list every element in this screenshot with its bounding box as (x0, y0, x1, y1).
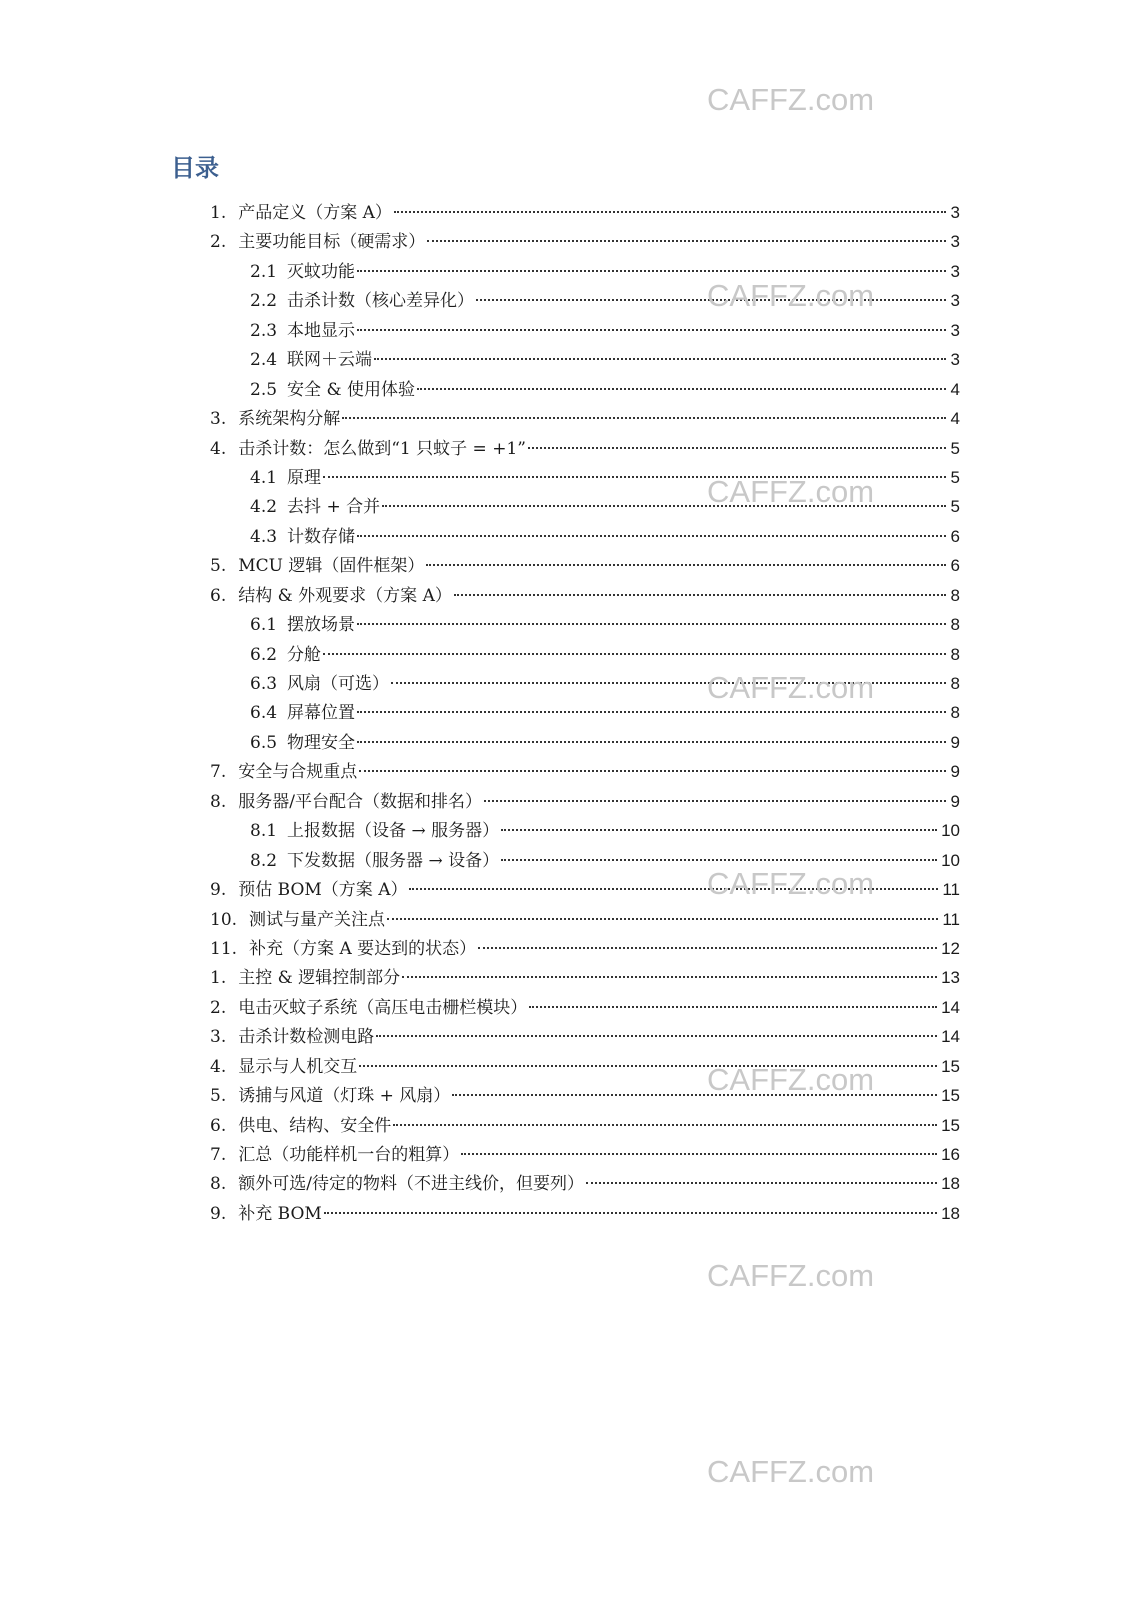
toc-entry-label[interactable]: 主控 & 逻辑控制部分 (238, 964, 400, 993)
toc-entry[interactable]: 2.1灭蚊功能3 (210, 257, 960, 286)
toc-entry[interactable]: 6.5物理安全9 (210, 728, 960, 757)
toc-entry[interactable]: 6.2分舱8 (210, 640, 960, 669)
toc-entry-number: 2.2 (250, 287, 277, 316)
toc-entry-label[interactable]: 灭蚊功能 (287, 258, 355, 287)
dot-leader (426, 564, 946, 566)
toc-entry-number: 8.2 (250, 847, 277, 876)
toc-entry-number: 2.5 (250, 376, 277, 405)
toc-entry[interactable]: 1.主控 & 逻辑控制部分13 (210, 963, 960, 992)
toc-entry-label[interactable]: 分舱 (287, 641, 321, 670)
toc-entry[interactable]: 4.2去抖 + 合并5 (210, 492, 960, 521)
toc-entry-page-number[interactable]: 15 (941, 1052, 960, 1081)
dot-leader (501, 829, 937, 831)
toc-entry-page-number[interactable]: 8 (950, 669, 960, 698)
toc-entry-label[interactable]: 本地显示 (287, 317, 355, 346)
toc-entry-label[interactable]: 主要功能目标（硬需求） (238, 228, 425, 257)
toc-entry[interactable]: 7.安全与合规重点9 (210, 757, 960, 786)
toc-entry-label[interactable]: 击杀计数（核心差异化） (287, 287, 474, 316)
toc-entry[interactable]: 2.主要功能目标（硬需求）3 (210, 227, 960, 256)
toc-entry[interactable]: 8.2下发数据（服务器 → 设备）10 (210, 846, 960, 875)
dot-leader (359, 770, 946, 772)
dot-leader (409, 888, 938, 890)
toc-entry[interactable]: 6.供电、结构、安全件15 (210, 1111, 960, 1140)
toc-entry-label[interactable]: 电击灭蚊子系统（高压电击栅栏模块） (238, 994, 527, 1023)
toc-entry[interactable]: 4.击杀计数：怎么做到“1 只蚊子 = +1”5 (210, 434, 960, 463)
toc-entry-number: 2. (210, 994, 226, 1023)
watermark: CAFFZ.com (707, 1454, 874, 1490)
dot-leader (342, 417, 946, 419)
toc-entry-number: 8.1 (250, 817, 277, 846)
toc-entry-label[interactable]: 去抖 + 合并 (287, 493, 380, 522)
toc-entry-page-number[interactable]: 10 (941, 816, 960, 845)
dot-leader (586, 1182, 937, 1184)
dot-leader (357, 623, 946, 625)
toc-entry-page-number[interactable]: 3 (950, 257, 960, 286)
dot-leader (427, 240, 946, 242)
toc-entry-page-number[interactable]: 10 (941, 846, 960, 875)
toc-entry-label[interactable]: 安全 & 使用体验 (287, 376, 415, 405)
watermark: CAFFZ.com (707, 1258, 874, 1294)
dot-leader (391, 682, 946, 684)
toc-entry[interactable]: 2.2击杀计数（核心差异化）3 (210, 286, 960, 315)
toc-entry-page-number[interactable]: 14 (941, 1022, 960, 1051)
toc-entry-number: 1. (210, 199, 226, 228)
toc-entry-page-number[interactable]: 18 (941, 1169, 960, 1198)
toc-entry-number: 4.3 (250, 523, 277, 552)
dot-leader (393, 1124, 937, 1126)
toc-entry-page-number[interactable]: 3 (950, 345, 960, 374)
dot-leader (528, 447, 946, 449)
toc-entry[interactable]: 2.电击灭蚊子系统（高压电击栅栏模块）14 (210, 993, 960, 1022)
toc-entry[interactable]: 6.4屏幕位置8 (210, 698, 960, 727)
toc-entry-label[interactable]: 联网＋云端 (287, 346, 372, 375)
toc-entry-label[interactable]: 服务器/平台配合（数据和排名） (238, 788, 482, 817)
toc-entry-label[interactable]: 补充（方案 A 要达到的状态） (249, 935, 476, 964)
toc-entry-page-number[interactable]: 8 (950, 698, 960, 727)
toc-entry-number: 6.4 (250, 699, 277, 728)
toc-entry-page-number[interactable]: 3 (950, 198, 960, 227)
toc-entry-number: 6.1 (250, 611, 277, 640)
toc-entry-number: 4.1 (250, 464, 277, 493)
toc-entry-number: 4. (210, 435, 226, 464)
toc-entry-number: 9. (210, 876, 226, 905)
dot-leader (387, 918, 938, 920)
toc-entry-page-number[interactable]: 16 (941, 1140, 960, 1169)
toc-entry[interactable]: 3.击杀计数检测电路14 (210, 1022, 960, 1051)
toc-entry[interactable]: 2.5安全 & 使用体验4 (210, 375, 960, 404)
toc-entry[interactable]: 4.显示与人机交互15 (210, 1052, 960, 1081)
toc-entry-number: 5. (210, 1082, 226, 1111)
toc-entry[interactable]: 5.诱捕与风道（灯珠 + 风扇）15 (210, 1081, 960, 1110)
toc-entry-label[interactable]: 测试与量产关注点 (249, 906, 385, 935)
toc-entry-page-number[interactable]: 5 (950, 434, 960, 463)
toc-entry-number: 3. (210, 1023, 226, 1052)
toc-entry[interactable]: 10.测试与量产关注点11 (210, 905, 960, 934)
toc-entry-label[interactable]: 额外可选/待定的物料（不进主线价，但要列） (238, 1170, 584, 1199)
toc-entry-page-number[interactable]: 3 (950, 286, 960, 315)
toc-entry-label[interactable]: 摆放场景 (287, 611, 355, 640)
toc-entry[interactable]: 8.服务器/平台配合（数据和排名）9 (210, 787, 960, 816)
table-of-contents: 1.产品定义（方案 A）32.主要功能目标（硬需求）32.1灭蚊功能32.2击杀… (210, 198, 960, 1228)
dot-leader (323, 476, 946, 478)
dot-leader (376, 1035, 937, 1037)
toc-entry-label[interactable]: 供电、结构、安全件 (238, 1112, 391, 1141)
toc-entry-label[interactable]: 物理安全 (287, 729, 355, 758)
toc-entry-page-number[interactable]: 6 (950, 551, 960, 580)
toc-entry-number: 3. (210, 405, 226, 434)
toc-entry-label[interactable]: 下发数据（服务器 → 设备） (287, 847, 499, 876)
toc-entry-label[interactable]: 系统架构分解 (238, 405, 340, 434)
toc-entry-number: 9. (210, 1200, 226, 1229)
dot-leader (461, 1153, 937, 1155)
toc-entry-number: 7. (210, 1141, 226, 1170)
toc-entry[interactable]: 4.1原理5 (210, 463, 960, 492)
dot-leader (417, 388, 946, 390)
toc-entry[interactable]: 2.4联网＋云端3 (210, 345, 960, 374)
watermark: CAFFZ.com (707, 82, 874, 118)
toc-entry-number: 2.1 (250, 258, 277, 287)
toc-entry-label[interactable]: 汇总（功能样机一台的粗算） (238, 1141, 459, 1170)
toc-entry[interactable]: 9.预估 BOM（方案 A）11 (210, 875, 960, 904)
dot-leader (394, 211, 946, 213)
toc-entry-page-number[interactable]: 4 (950, 375, 960, 404)
toc-entry-number: 6.5 (250, 729, 277, 758)
dot-leader (323, 653, 946, 655)
toc-entry-number: 5. (210, 552, 226, 581)
dot-leader (478, 947, 937, 949)
toc-entry-number: 2.4 (250, 346, 277, 375)
toc-entry-number: 8. (210, 1170, 226, 1199)
toc-entry-number: 4. (210, 1053, 226, 1082)
toc-entry-label[interactable]: 击杀计数：怎么做到“1 只蚊子 = +1” (238, 435, 526, 464)
toc-entry-page-number[interactable]: 3 (950, 316, 960, 345)
dot-leader (374, 358, 946, 360)
toc-entry-page-number[interactable]: 8 (950, 610, 960, 639)
dot-leader (402, 976, 937, 978)
toc-entry-label[interactable]: 显示与人机交互 (238, 1053, 357, 1082)
toc-entry-page-number[interactable]: 3 (950, 227, 960, 256)
toc-entry-page-number[interactable]: 11 (942, 875, 960, 904)
toc-entry-number: 6. (210, 582, 226, 611)
toc-entry-number: 6.3 (250, 670, 277, 699)
toc-entry[interactable]: 6.1摆放场景8 (210, 610, 960, 639)
dot-leader (357, 270, 946, 272)
toc-entry-label[interactable]: 原理 (287, 464, 321, 493)
toc-entry-page-number[interactable]: 15 (941, 1111, 960, 1140)
toc-entry[interactable]: 6.结构 & 外观要求（方案 A）8 (210, 581, 960, 610)
toc-entry-page-number[interactable]: 4 (950, 404, 960, 433)
toc-entry-label[interactable]: 上报数据（设备 → 服务器） (287, 817, 499, 846)
dot-leader (454, 594, 946, 596)
dot-leader (529, 1006, 937, 1008)
toc-entry-label[interactable]: 补充 BOM (238, 1200, 322, 1229)
toc-entry-label[interactable]: 诱捕与风道（灯珠 + 风扇） (238, 1082, 450, 1111)
dot-leader (501, 859, 937, 861)
toc-entry-label[interactable]: 屏幕位置 (287, 699, 355, 728)
toc-entry[interactable]: 8.额外可选/待定的物料（不进主线价，但要列）18 (210, 1169, 960, 1198)
toc-entry[interactable]: 6.3风扇（可选）8 (210, 669, 960, 698)
toc-entry-page-number[interactable]: 11 (942, 905, 960, 934)
dot-leader (357, 741, 946, 743)
dot-leader (357, 535, 946, 537)
toc-entry-page-number[interactable]: 8 (950, 640, 960, 669)
toc-entry-label[interactable]: 结构 & 外观要求（方案 A） (238, 582, 452, 611)
toc-entry-label[interactable]: 产品定义（方案 A） (238, 199, 392, 228)
toc-entry[interactable]: 1.产品定义（方案 A）3 (210, 198, 960, 227)
dot-leader (484, 800, 946, 802)
toc-entry-number: 6.2 (250, 641, 277, 670)
dot-leader (452, 1094, 937, 1096)
toc-entry-label[interactable]: 击杀计数检测电路 (238, 1023, 374, 1052)
dot-leader (357, 329, 946, 331)
toc-entry[interactable]: 4.3计数存储6 (210, 522, 960, 551)
toc-entry-number: 1. (210, 964, 226, 993)
toc-entry[interactable]: 2.3本地显示3 (210, 316, 960, 345)
toc-entry[interactable]: 3.系统架构分解4 (210, 404, 960, 433)
toc-entry-page-number[interactable]: 13 (941, 963, 960, 992)
toc-entry-page-number[interactable]: 6 (950, 522, 960, 551)
toc-entry-page-number[interactable]: 8 (950, 581, 960, 610)
toc-entry-label[interactable]: 安全与合规重点 (238, 758, 357, 787)
toc-entry-page-number[interactable]: 9 (950, 787, 960, 816)
toc-entry-label[interactable]: 预估 BOM（方案 A） (238, 876, 407, 905)
toc-entry[interactable]: 11.补充（方案 A 要达到的状态）12 (210, 934, 960, 963)
toc-entry[interactable]: 7.汇总（功能样机一台的粗算）16 (210, 1140, 960, 1169)
toc-entry-number: 2.3 (250, 317, 277, 346)
toc-entry-page-number[interactable]: 9 (950, 728, 960, 757)
toc-entry-number: 6. (210, 1112, 226, 1141)
toc-entry-number: 8. (210, 788, 226, 817)
dot-leader (476, 299, 946, 301)
toc-entry-number: 7. (210, 758, 226, 787)
toc-entry-page-number[interactable]: 15 (941, 1081, 960, 1110)
toc-entry-label[interactable]: MCU 逻辑（固件框架） (238, 552, 424, 581)
toc-entry-page-number[interactable]: 18 (941, 1199, 960, 1228)
toc-entry-label[interactable]: 计数存储 (287, 523, 355, 552)
toc-entry-page-number[interactable]: 5 (950, 492, 960, 521)
toc-entry[interactable]: 9.补充 BOM18 (210, 1199, 960, 1228)
toc-entry-page-number[interactable]: 14 (941, 993, 960, 1022)
dot-leader (359, 1065, 937, 1067)
toc-entry-number: 4.2 (250, 493, 277, 522)
toc-entry[interactable]: 5.MCU 逻辑（固件框架）6 (210, 551, 960, 580)
toc-entry-page-number[interactable]: 12 (941, 934, 960, 963)
toc-entry-number: 11. (210, 935, 237, 964)
toc-title: 目录 (171, 148, 219, 183)
toc-entry-number: 2. (210, 228, 226, 257)
toc-entry-label[interactable]: 风扇（可选） (287, 670, 389, 699)
toc-entry[interactable]: 8.1上报数据（设备 → 服务器）10 (210, 816, 960, 845)
toc-entry-number: 10. (210, 906, 237, 935)
dot-leader (357, 711, 946, 713)
toc-entry-page-number[interactable]: 5 (950, 463, 960, 492)
toc-entry-page-number[interactable]: 9 (950, 757, 960, 786)
dot-leader (382, 505, 946, 507)
dot-leader (324, 1212, 937, 1214)
